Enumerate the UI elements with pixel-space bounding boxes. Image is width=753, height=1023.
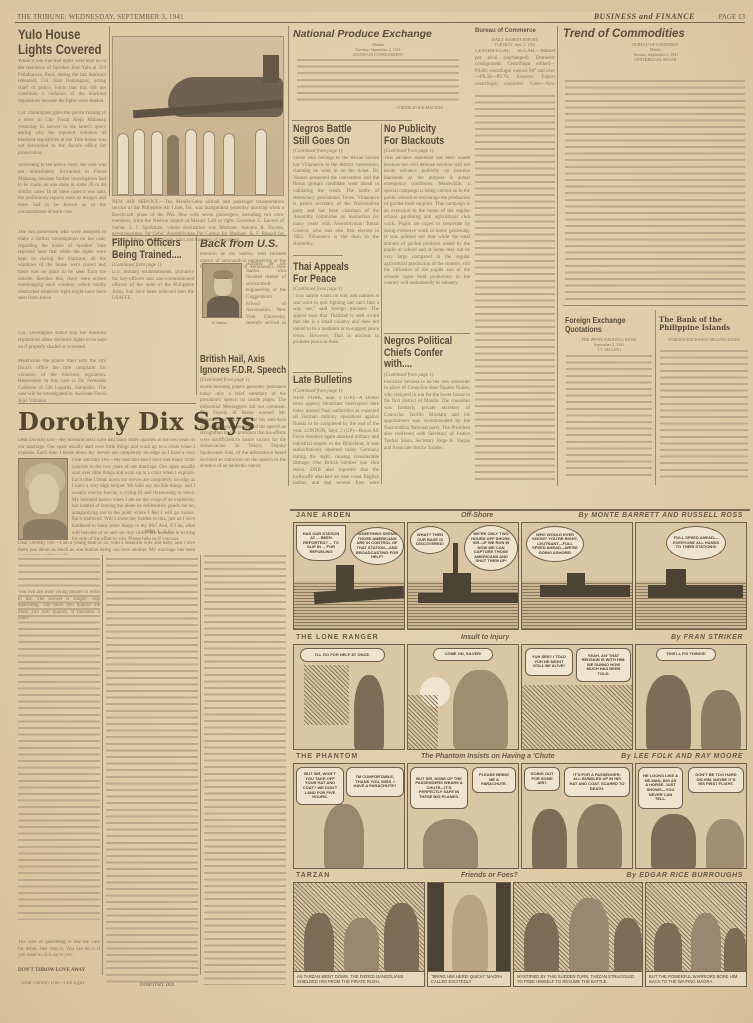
photo-airplane-passengers bbox=[112, 36, 284, 196]
column-rule bbox=[557, 26, 558, 486]
dix-letter-1-intro: Dear Dorothy Dix—My husband and I have h… bbox=[18, 438, 195, 458]
headline: Yulo House Lights Covered bbox=[18, 27, 108, 56]
article-body: According to the police chief, the case … bbox=[18, 163, 106, 228]
dix-signoff: DOROTHY DIX. bbox=[140, 983, 176, 988]
headline: Trend of Commodities bbox=[563, 28, 748, 40]
article-body: This advance statement has been issued b… bbox=[384, 156, 470, 356]
comic-header: THE PHANTOM The Phantom Insists on Havin… bbox=[291, 752, 748, 762]
headline: National Produce Exchange bbox=[293, 28, 463, 40]
dix-answer-lines bbox=[18, 595, 100, 920]
dix-letter-1: Dear Dorothy Dix—My husband and I have h… bbox=[72, 458, 195, 540]
section-rule bbox=[293, 255, 343, 256]
article-body: Fiscalizo Verzosa to be the new councilo… bbox=[384, 380, 470, 498]
comic-panel: WHAT? THEN OUR BASE IS DISCOVERED! WE'RE… bbox=[407, 522, 519, 630]
comic-panel: COME ON, SILVER! bbox=[407, 644, 519, 750]
portrait-photo-dorothy-dix bbox=[18, 458, 68, 540]
portrait-photo-santos bbox=[202, 263, 242, 318]
headline: Back from U.S. bbox=[200, 238, 286, 250]
article-body: While it was true that lights were kept … bbox=[18, 59, 106, 109]
comic-byline: By LEE FOLK AND RAY MOORE bbox=[621, 753, 743, 760]
bank-philippine-islands: The Bank of the Philippine Islands FOREI… bbox=[659, 316, 749, 342]
comic-panel: I'LL GO FOR HELP AT ONCE. bbox=[293, 644, 405, 750]
article-body: U.S. military establishments, primarily … bbox=[112, 270, 194, 400]
comic-panel: BUT THE POWERFUL WARRIORS BORE HIM BACK … bbox=[645, 882, 747, 987]
comic-episode: Off-Shore bbox=[461, 512, 493, 519]
dix-letter-2-intro: Dear Dorothy Dix—I am a young man of 32,… bbox=[18, 541, 195, 555]
column-rule bbox=[109, 26, 110, 196]
foreign-exchange: Foreign Exchange Quotations PHILIPPINE N… bbox=[565, 316, 653, 352]
group-of-people bbox=[115, 115, 283, 195]
comic-byline: By FRAN STRIKER bbox=[671, 634, 743, 641]
headline: Negros Battle Still Goes On bbox=[293, 124, 375, 147]
plane-tail bbox=[263, 55, 279, 83]
dix-subhead: DON'T THROW LOVE AWAY bbox=[18, 968, 100, 973]
trend-of-commodities: Trend of Commodities BUREAU OF COMMERCE … bbox=[563, 28, 748, 62]
comic-jane-arden: JANE ARDEN Off-Shore By MONTE BARRETT AN… bbox=[291, 511, 748, 631]
masthead-dateline: THE TRIBUNE: WEDNESDAY, SEPTEMBER 3, 194… bbox=[17, 13, 184, 21]
comic-panel: HAS OUR STATION AT ... BEEN REPORTED? ..… bbox=[293, 522, 405, 630]
article-negros-battle: Negros Battle Still Goes On (Continued f… bbox=[293, 124, 379, 246]
comic-panel: YUH SEE? I TOLD YUH HE MIGHT STILL BE AL… bbox=[521, 644, 633, 750]
headline: Thai Appeals For Peace bbox=[293, 262, 375, 285]
comic-panel: GOING OUT FOR SOME AIR? IT'S FOR A PASSE… bbox=[521, 763, 633, 869]
comic-episode: The Phantom Insists on Having a 'Chute bbox=[421, 753, 555, 760]
article-late-bulletins: Late Bulletins (Continued from page 1) N… bbox=[293, 375, 379, 488]
bpi-rates-table bbox=[660, 350, 748, 480]
bureau-commerce: Bureau of Commerce DAILY MARKET REPORT T… bbox=[475, 28, 555, 89]
column-rule bbox=[200, 555, 201, 975]
comic-panel: HE LOOKS LIKE A HE-MAN, BIG AS A HORSE. … bbox=[635, 763, 747, 869]
comic-phantom: THE PHANTOM The Phantom Insists on Havin… bbox=[291, 752, 748, 870]
section-rule bbox=[18, 403, 196, 404]
article-body: Col. Dominguez stated that the blackout … bbox=[18, 331, 106, 358]
headline: British Hail, Axis Ignores F.D.R. Speech bbox=[200, 355, 290, 376]
column-rule bbox=[381, 124, 382, 484]
section-rule bbox=[292, 120, 412, 121]
article-body: Rome morning papers generally published … bbox=[200, 385, 286, 505]
comic-header: TARZAN Friends or Foes? By EDGAR RICE BU… bbox=[291, 871, 748, 881]
column-title-dorothy-dix: Dorothy Dix Says bbox=[18, 407, 288, 436]
comic-title: TARZAN bbox=[296, 872, 330, 879]
produce-exchange: National Produce Exchange Manila Tuesday… bbox=[293, 28, 463, 110]
section-rule bbox=[384, 333, 470, 334]
comic-tarzan: TARZAN Friends or Foes? By EDGAR RICE BU… bbox=[291, 871, 748, 991]
page-top-edge bbox=[0, 0, 753, 12]
comic-panel: "BRING HIM HERE! QUICK!" MAGRA CALLED EX… bbox=[427, 882, 511, 987]
comic-panel: MYSTIFIED BY THIS SUDDEN TURN, TARZAN ST… bbox=[513, 882, 643, 987]
article-body: Those who belongs to the Roxas faction b… bbox=[293, 156, 379, 246]
comic-lone-ranger: THE LONE RANGER Insult to Injury By FRAN… bbox=[291, 633, 748, 751]
comic-panel: AS TARZAN WENT DOWN, THE FIERCE BANGOLIA… bbox=[293, 882, 425, 987]
column-rule bbox=[288, 26, 289, 486]
produce-exchange-table bbox=[297, 59, 459, 105]
commodities-table bbox=[565, 80, 745, 300]
masthead: THE TRIBUNE: WEDNESDAY, SEPTEMBER 3, 194… bbox=[15, 13, 745, 23]
article-yulo: Yulo House Lights Covered While it was t… bbox=[18, 27, 106, 419]
column-rule bbox=[102, 555, 103, 975]
bureau-commerce-table-lines bbox=[475, 95, 555, 480]
headline: Foreign Exchange Quotations bbox=[565, 316, 651, 334]
article-negros-political: Negros Political Chiefs Confer with.... … bbox=[384, 336, 470, 498]
comic-panel: WHO WOULD EVER KNOW? YOU'RE RIGHT, LEUTN… bbox=[521, 522, 633, 630]
section-rule bbox=[293, 372, 343, 373]
article-body: The two policemen who were assigned to m… bbox=[18, 230, 106, 330]
article-no-publicity: No Publicity For Blackouts (Continued fr… bbox=[384, 124, 470, 356]
article-thai-appeals: Thai Appeals For Peace (Continued from p… bbox=[293, 262, 379, 364]
comic-byline: By MONTE BARRETT AND RUSSELL ROSS bbox=[579, 512, 743, 519]
section-rule bbox=[563, 305, 748, 306]
page-number: PAGE 13 bbox=[719, 13, 745, 21]
comic-panel: THIS'LL FIX THINGS! bbox=[635, 644, 747, 750]
comic-panel: FULL SPEED AHEAD—EVERYONE ALL HANDS TO T… bbox=[635, 522, 747, 630]
dix-middle-column-lines bbox=[106, 558, 198, 983]
comic-panel: BUT SIR, WON'T YOU TAKE OFF YOUR HAT AND… bbox=[293, 763, 405, 869]
column-rule bbox=[655, 310, 656, 485]
article-body: "This nation wants no war, and nations a… bbox=[293, 294, 379, 364]
newspaper-page: THE TRIBUNE: WEDNESDAY, SEPTEMBER 3, 194… bbox=[0, 0, 753, 1023]
comic-title: JANE ARDEN bbox=[296, 512, 351, 519]
section-rule bbox=[112, 235, 287, 236]
article-body: NEW YORK, Sept. 2 (UP)—A Domei news agen… bbox=[293, 396, 379, 488]
headline: The Bank of the Philippine Islands bbox=[659, 316, 749, 333]
article-body: CENTRIFUGAL SUGAR.—Market per picul (unc… bbox=[475, 49, 555, 89]
comic-panel: BUT SIR, NONE OF THE PASSENGERS WEARS A … bbox=[407, 763, 519, 869]
column-rule bbox=[196, 235, 197, 395]
article-body: Honorio de los Santos, who finished mast… bbox=[246, 262, 286, 324]
comic-title: THE PHANTOM bbox=[296, 753, 358, 760]
comic-header: THE LONE RANGER Insult to Injury By FRAN… bbox=[291, 633, 748, 643]
headline: Negros Political Chiefs Confer with.... bbox=[384, 336, 466, 371]
photo-caption: NEW AIR SERVICE.—The Manila-Cebu airmail… bbox=[112, 200, 284, 234]
comic-header: JANE ARDEN Off-Shore By MONTE BARRETT AN… bbox=[291, 511, 748, 521]
comic-episode: Friends or Foes? bbox=[461, 872, 518, 879]
foreign-exchange-table bbox=[566, 355, 652, 480]
article-filipino-officers: Filipino Officers Being Trained.... (Con… bbox=[112, 238, 194, 400]
headline: Filipino Officers Being Trained.... bbox=[112, 238, 194, 261]
headline: Late Bulletins bbox=[293, 375, 375, 387]
section-title: BUSINESS and FINANCE bbox=[594, 12, 695, 21]
comic-episode: Insult to Injury bbox=[461, 634, 509, 641]
headline: No Publicity For Blackouts bbox=[384, 124, 466, 147]
dix-letter-3: Dear Dorothy Dix—I am a girl bbox=[22, 981, 102, 988]
comic-byline: By EDGAR RICE BURROUGHS bbox=[627, 872, 743, 879]
dix-signature: MRS. L. J. S. bbox=[145, 530, 195, 536]
british-hail-continued-lines bbox=[204, 555, 286, 985]
article-body: Col. Dominguez gave the police finding i… bbox=[18, 111, 106, 161]
headline: Bureau of Commerce bbox=[475, 28, 555, 34]
dix-letter-2-lines bbox=[18, 558, 100, 588]
portrait-caption: S. Santos bbox=[212, 320, 242, 326]
comic-title: THE LONE RANGER bbox=[296, 634, 379, 641]
dix-closing: The cure of quarreling is like the cure … bbox=[18, 940, 100, 966]
